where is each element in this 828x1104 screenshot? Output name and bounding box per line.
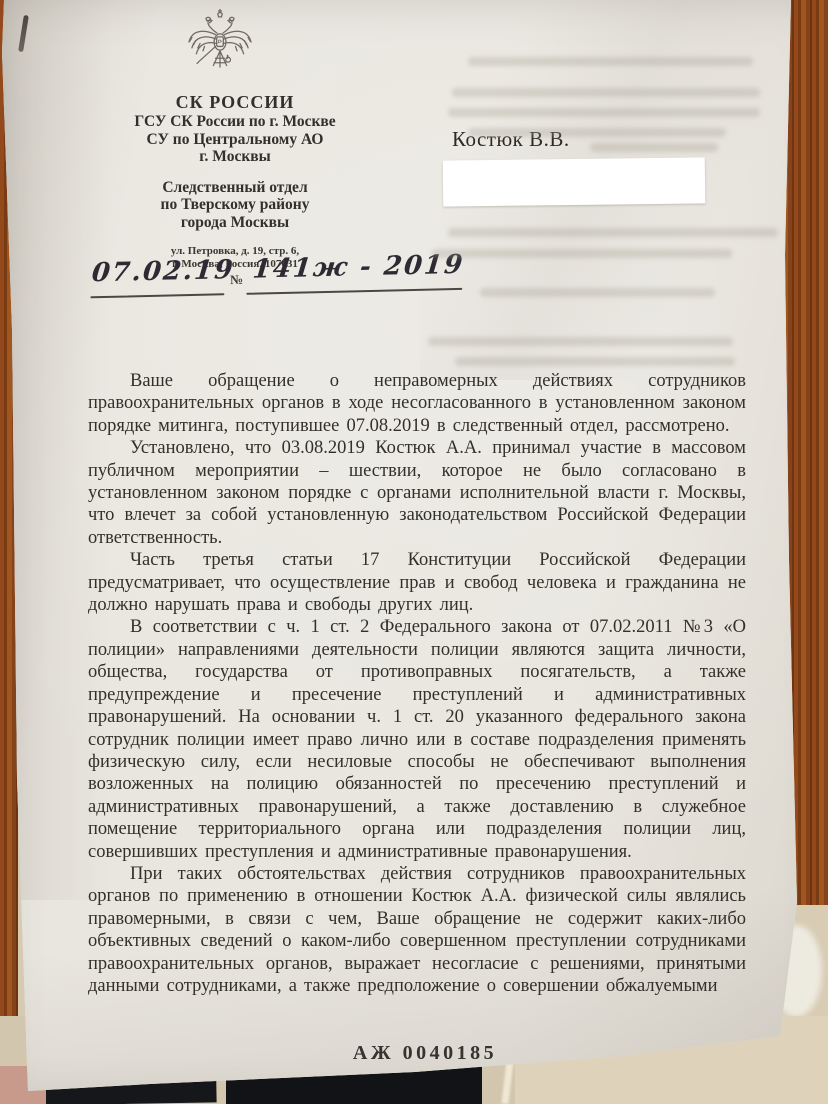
letterhead: СК РОССИИ ГСУ СК России по г. Москве СУ … <box>95 92 375 270</box>
bleedthrough-line <box>452 88 760 97</box>
org-name: СК РОССИИ <box>95 92 375 113</box>
bleedthrough-line <box>448 108 760 117</box>
form-serial-number: АЖ 0040185 <box>300 1042 550 1065</box>
bleedthrough-line <box>448 228 778 237</box>
bleedthrough-line <box>432 249 732 258</box>
bleedthrough-line <box>590 143 718 152</box>
staple-mark <box>18 15 29 52</box>
paragraph: Ваше обращение о неправомерных действиях… <box>88 370 746 437</box>
letter-body: Ваше обращение о неправомерных действиях… <box>88 370 746 997</box>
date-underline <box>90 293 224 298</box>
paragraph: Часть третья статьи 17 Конституции Росси… <box>88 549 746 616</box>
handwritten-date: 07.02.19 <box>90 255 236 288</box>
document-page: СК РОССИИ ГСУ СК России по г. Москве СУ … <box>0 0 828 1104</box>
reference-line: 07.02.19 № 141ж - 2019 <box>90 250 471 305</box>
dept-line: по Тверскому району <box>95 196 375 214</box>
number-sign: № <box>230 272 243 288</box>
bleedthrough-line <box>455 357 735 366</box>
bleedthrough-line <box>468 128 726 137</box>
org-line: СУ по Центральному АО <box>95 131 375 149</box>
dept-line: города Москвы <box>95 214 375 232</box>
org-line: г. Москвы <box>95 148 375 166</box>
redaction-box <box>443 157 706 206</box>
dept-line: Следственный отдел <box>95 179 375 197</box>
bleedthrough-line <box>468 57 753 66</box>
photo-of-document: СК РОССИИ ГСУ СК России по г. Москве СУ … <box>0 0 828 1104</box>
number-underline <box>246 288 462 295</box>
paragraph: В соответствии с ч. 1 ст. 2 Федерального… <box>88 616 746 862</box>
russia-coat-of-arms-eagle-icon <box>183 8 257 76</box>
paragraph: При таких обстоятельствах действия сотру… <box>88 863 746 997</box>
bleedthrough-line <box>480 288 715 297</box>
org-line: ГСУ СК России по г. Москве <box>95 113 375 131</box>
paragraph: Установлено, что 03.08.2019 Костюк А.А. … <box>88 437 746 549</box>
bleedthrough-line <box>428 337 733 346</box>
